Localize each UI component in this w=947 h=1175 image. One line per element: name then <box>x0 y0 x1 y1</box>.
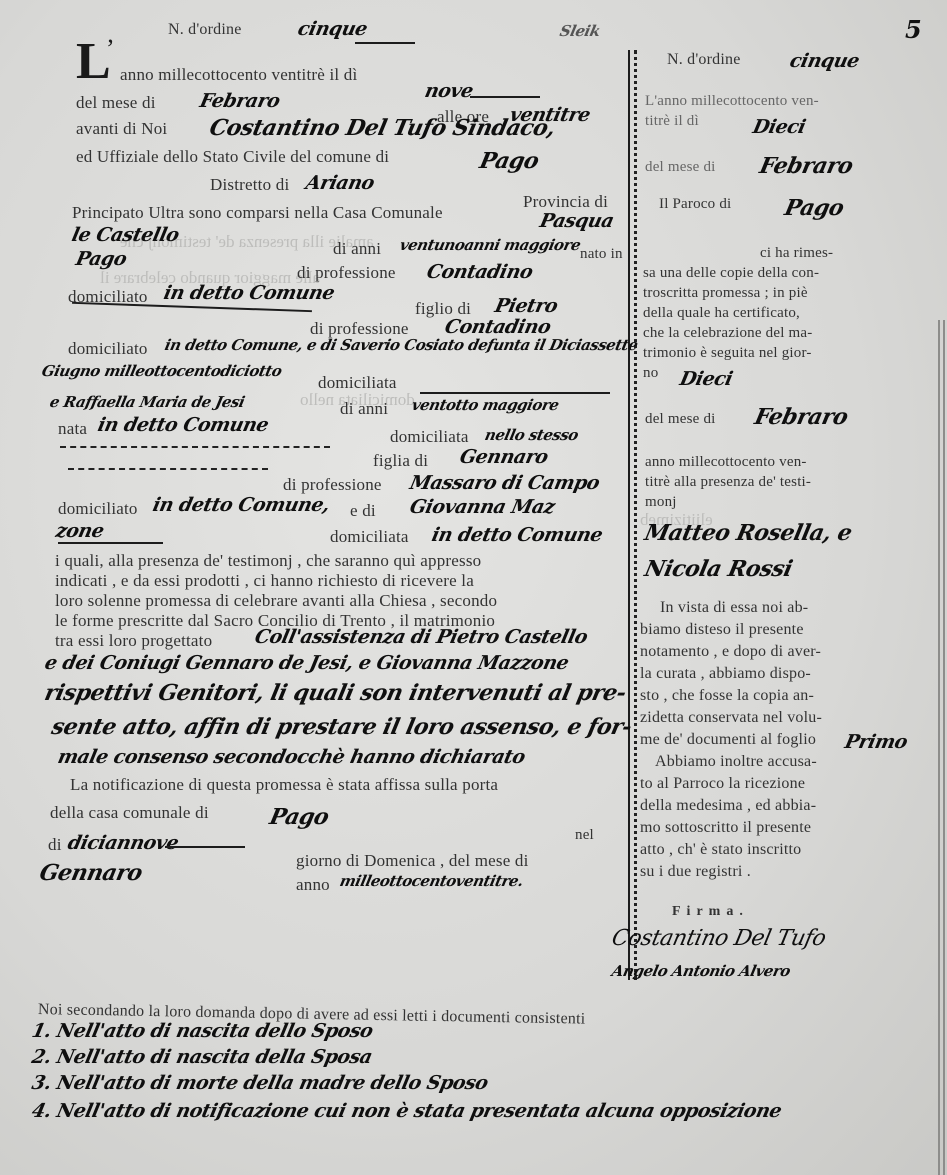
order-number-value: cinque <box>788 52 861 71</box>
printed-text: sa una delle copie della con- <box>643 266 819 281</box>
underline <box>470 96 540 98</box>
printed-notification: nel <box>575 828 594 843</box>
page-number: 5 <box>905 18 922 42</box>
printed-text: no <box>643 366 658 381</box>
handwritten-bride-age: ventotto maggiore <box>410 398 560 413</box>
signature-mayor: Costantino Del Tufo <box>610 928 828 950</box>
printed-text: Abbiamo inoltre accusa- <box>655 754 817 770</box>
handwritten-bride-domicile: nello stesso <box>483 428 579 443</box>
handwritten-folio: Primo <box>843 733 909 752</box>
underline <box>165 846 245 848</box>
footer-document-item: 2. Nell'atto di nascita della Sposa <box>30 1048 374 1067</box>
handwritten-notification-month: Gennaro <box>38 862 144 884</box>
printed-text: to al Parroco la ricezione <box>640 776 805 792</box>
footer-document-item: 1. Nell'atto di nascita dello Sposo <box>30 1022 374 1041</box>
printed-body-line: indicati , e da essi prodotti , ci hanno… <box>55 572 474 589</box>
printed-text: domiciliato <box>68 340 148 357</box>
printed-text: figlia di <box>373 452 428 469</box>
handwritten-body-line: e dei Coniugi Gennaro de Jesi, e Giovann… <box>43 654 570 673</box>
handwritten-celebration-month: Febraro <box>753 406 850 428</box>
handwritten-groom-father: Pietro <box>493 297 559 316</box>
printed-text: me de' documenti al foglio <box>640 732 816 748</box>
printed-notification: La notificazione di questa promessa è st… <box>70 776 498 793</box>
printed-body-line: tra essi loro progettato <box>55 632 212 649</box>
printed-body-line: loro solenne promessa di celebrare avant… <box>55 592 497 609</box>
signature-secretary: Angelo Antonio Alvero <box>610 964 791 979</box>
printed-text: del mese di <box>645 412 716 427</box>
handwritten-bride-father-profession: Massaro di Campo <box>408 474 601 493</box>
printed-text: di professione <box>310 320 409 337</box>
printed-text: di anni <box>333 240 381 257</box>
printed-text: domiciliata <box>390 428 469 445</box>
page-edge-line <box>938 320 940 1175</box>
underline <box>355 42 415 44</box>
printed-text: Il Paroco di <box>659 197 731 212</box>
handwritten-notification-day: diciannove <box>66 834 180 853</box>
column-divider-line <box>628 50 630 980</box>
handwritten-notification-year: milleottocentoventitre. <box>338 874 524 889</box>
column-divider <box>634 50 637 980</box>
handwritten-mayor-name: Costantino Del Tufo Sindaco, <box>208 117 557 139</box>
underline <box>58 542 163 544</box>
handwritten-body-line: sente atto, affin di prestare il loro as… <box>50 716 634 738</box>
printed-text: di professione <box>297 264 396 281</box>
printed-text: biamo disteso il presente <box>640 622 804 638</box>
footer-document-item: 3. Nell'atto di morte della madre dello … <box>30 1074 490 1093</box>
handwritten-notification-place: Pago <box>268 806 331 828</box>
printed-text: del mese di <box>645 160 716 175</box>
printed-body-line: i quali, alla presenza de' testimonj , c… <box>55 552 481 569</box>
filler-line <box>420 392 610 394</box>
handwritten-bride-father: Gennaro <box>458 448 549 467</box>
handwritten-month: Febraro <box>198 92 281 111</box>
handwritten-body-line: rispettivi Genitori, li quali son interv… <box>43 682 628 704</box>
printed-text: zidetta conservata nel volu- <box>640 710 822 726</box>
printed-text: la curata , abbiamo dispo- <box>640 666 811 682</box>
handwritten-groom-first-name: Pasqua <box>538 212 615 231</box>
printed-text: monj <box>645 495 677 510</box>
printed-text: Provincia di <box>523 193 608 210</box>
printed-text: nato in <box>580 247 623 262</box>
printed-notification: giorno di Domenica , del mese di <box>296 852 529 869</box>
printed-text: titrè alla presenza de' testi- <box>645 475 811 490</box>
handwritten-groom-age: ventunoanni maggiore <box>398 238 581 253</box>
document-page: amalie illa presenza de' testimonj che a… <box>0 0 947 1175</box>
handwritten-groom-profession: Contadino <box>425 263 534 282</box>
handwritten-parish: Pago <box>783 197 846 219</box>
printed-text: della medesima , ed abbia- <box>640 798 816 814</box>
page-edge-line <box>943 320 945 1175</box>
handwritten-district: Ariano <box>304 174 376 193</box>
printed-text: domiciliata <box>318 374 397 391</box>
printed-notification: della casa comunale di <box>50 804 209 821</box>
handwritten-domicile: in detto Comune, <box>151 496 331 515</box>
handwritten-witness-1: Matteo Rosella, e <box>643 522 854 544</box>
printed-text: e di <box>350 502 376 519</box>
handwritten-day: nove <box>423 82 475 101</box>
footer-document-item: 4. Nell'atto di notificazione cui non è … <box>30 1102 783 1121</box>
handwritten-body-line: male consenso secondocchè hanno dichiara… <box>56 748 527 767</box>
handwritten-body-line: Coll'assistenza di Pietro Castello <box>253 628 589 647</box>
printed-text: di anni <box>340 400 388 417</box>
handwritten-bride-birthplace: in detto Comune <box>96 416 270 435</box>
printed-text: mo sottoscritto il presente <box>640 820 811 836</box>
signature-label: Firma. <box>672 905 749 919</box>
order-number-label: N. d'ordine <box>667 52 741 68</box>
printed-text: avanti di Noi <box>76 120 167 137</box>
handwritten-day: Dieci <box>751 118 807 137</box>
order-number-label: N. d'ordine <box>168 22 242 38</box>
handwritten-father-profession: Contadino <box>443 318 552 337</box>
printed-text: del mese di <box>76 94 156 111</box>
printed-notification: di <box>48 836 62 853</box>
printed-text: domiciliata <box>330 528 409 545</box>
printed-text: ed Uffiziale dello Stato Civile del comu… <box>76 148 389 165</box>
order-number-value: cinque <box>296 20 369 39</box>
printed-text: nata <box>58 420 87 437</box>
printed-text: sto , che fosse la copia an- <box>640 688 814 704</box>
printed-text: In vista di essa noi ab- <box>660 600 808 616</box>
filler-dashes <box>68 468 268 470</box>
printed-text: titrè il dì <box>645 114 699 129</box>
handwritten-bride-mother: Giovanna Maz <box>408 498 556 517</box>
handwritten-groom-domicile: in detto Comune <box>162 284 336 303</box>
handwritten-celebration-day: Dieci <box>678 370 734 389</box>
handwritten-comune: Pago <box>478 150 541 172</box>
printed-text: che la celebrazione del ma- <box>643 326 812 341</box>
handwritten-surname-continued: zone <box>54 522 105 541</box>
handwritten-witness-2: Nicola Rossi <box>643 558 795 580</box>
handwritten-death-date: Giugno milleottocentodiciotto <box>40 364 283 379</box>
drop-cap-apostrophe: ’ <box>106 34 115 64</box>
printed-text: trimonio è seguita nel gior- <box>643 346 812 361</box>
printed-text: anno millecottocento ven- <box>645 455 807 470</box>
handwritten-groom-surname: le Castello <box>70 226 181 245</box>
handwritten-bride-name: e Raffaella Maria de Jesi <box>48 395 245 410</box>
handwritten-mother-domicile: in detto Comune <box>430 526 604 545</box>
printed-text: su i due registri . <box>640 864 751 880</box>
printed-text: ci ha rimes- <box>760 246 833 261</box>
printed-text: L'anno millecottocento ven- <box>645 94 819 109</box>
printed-text: anno millecottocento ventitrè il dì <box>120 66 357 83</box>
handwritten-mother-note: in detto Comune, e di Saverio Cosiato de… <box>163 338 638 353</box>
printed-text: di professione <box>283 476 382 493</box>
printed-text: figlio di <box>415 300 471 317</box>
printed-text: troscritta promessa ; in piè <box>643 286 808 301</box>
filler-dashes <box>60 446 330 448</box>
stamp-mark: Sleik <box>558 24 601 39</box>
handwritten-birthplace: Pago <box>74 250 128 269</box>
printed-text: Distretto di <box>210 176 289 193</box>
printed-text: domiciliato <box>58 500 138 517</box>
printed-text: della quale ha certificato, <box>643 306 800 321</box>
handwritten-month: Febraro <box>758 155 855 177</box>
printed-notification: anno <box>296 876 330 893</box>
printed-text: atto , ch' è stato inscritto <box>640 842 801 858</box>
printed-text: notamento , e dopo di aver- <box>640 644 821 660</box>
printed-text: Principato Ultra sono comparsi nella Cas… <box>72 204 443 221</box>
